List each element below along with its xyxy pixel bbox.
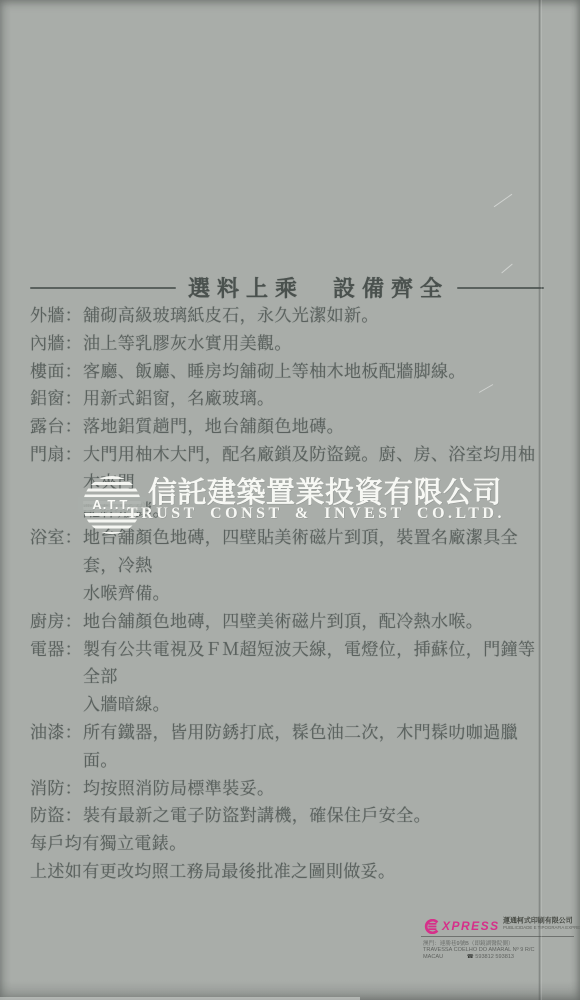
spec-text: 均按照消防局標準裝妥。 [83, 775, 548, 803]
spec-list: 外牆： 舖砌高級玻璃紙皮石，永久光潔如新。 內牆： 油上等乳膠灰水實用美觀。 樓… [30, 302, 548, 886]
spec-row: 內牆： 油上等乳膠灰水實用美觀。 [30, 330, 548, 358]
printer-city: MACAU [423, 953, 443, 959]
spec-row: 每戶均有獨立電錶。 [30, 830, 548, 858]
spec-label: 內牆： [30, 330, 83, 358]
company-watermark: A.T.T. 信託建築置業投資有限公司 TRUST CONST & INVEST… [78, 470, 518, 536]
spec-text: 製有公共電視及ＦＭ超短波天線，電燈位，挿蘇位，門鐘等全部 入牆暗線。 [83, 636, 548, 719]
express-logo-text: XPRESS [442, 919, 500, 933]
spec-row: 浴室： 地台舖顏色地磚，四壁貼美術磁片到頂，裝置名廠潔具全套，冷熱 水喉齊備。 [30, 524, 548, 607]
spec-text: 落地鋁質趟門，地台舖顏色地磚。 [83, 413, 548, 441]
printer-address-pt: TRAVESSA COELHO DO AMARAL Nº 9 R/C [423, 946, 535, 952]
spec-label: 露台： [30, 413, 83, 441]
spec-label: 防盜： [30, 802, 83, 830]
title-rule-left [30, 287, 176, 289]
spec-label: 浴室： [30, 524, 83, 607]
spec-text: 用新式鋁窗，名廠玻璃。 [83, 385, 548, 413]
spec-row: 廚房： 地台舖顏色地磚，四壁美術磁片到頂，配冷熱水喉。 [30, 608, 548, 636]
spec-text: 地台舖顏色地磚，四壁美術磁片到頂，配冷熱水喉。 [83, 608, 548, 636]
spec-label: 廚房： [30, 608, 83, 636]
spec-row: 外牆： 舖砌高級玻璃紙皮石，永久光潔如新。 [30, 302, 548, 330]
spec-text: 舖砌高級玻璃紙皮石，永久光潔如新。 [83, 302, 548, 330]
printer-phones: 593812 593813 [475, 953, 514, 959]
spec-text: 油上等乳膠灰水實用美觀。 [83, 330, 548, 358]
spec-row: 防盜： 裝有最新之電子防盜對講機，確保住戶安全。 [30, 802, 548, 830]
paper-crease [538, 0, 542, 1000]
spec-row: 電器： 製有公共電視及ＦＭ超短波天線，電燈位，挿蘇位，門鐘等全部 入牆暗線。 [30, 636, 548, 719]
printer-city-row: MACAU☎ 593812 593813 [423, 953, 514, 960]
spec-text: 客廳、飯廳、睡房均舖砌上等柚木地板配牆脚線。 [83, 358, 548, 386]
spec-label: 樓面： [30, 358, 83, 386]
spec-text: 地台舖顏色地磚，四壁貼美術磁片到頂，裝置名廠潔具全套，冷熱 水喉齊備。 [83, 524, 548, 607]
spec-label: 油漆： [30, 719, 83, 775]
phone-icon: ☎ [467, 953, 474, 959]
spec-label: 外牆： [30, 302, 83, 330]
spec-label: 消防： [30, 775, 83, 803]
spec-text: 上述如有更改均照工務局最後批准之圖則做妥。 [30, 858, 548, 886]
spec-row: 樓面： 客廳、飯廳、睡房均舖砌上等柚木地板配牆脚線。 [30, 358, 548, 386]
printer-divider [421, 936, 574, 937]
company-name-en: TRUST CONST & INVEST CO.LTD. [127, 505, 505, 523]
spec-row: 消防： 均按照消防局標準裝妥。 [30, 775, 548, 803]
spec-label: 電器： [30, 636, 83, 719]
spec-row: 上述如有更改均照工務局最後批准之圖則做妥。 [30, 858, 548, 886]
section-title-row: 選料上乘 設備齊全 [30, 272, 544, 303]
att-logo-text: A.T.T. [92, 497, 131, 512]
spec-row: 油漆： 所有鐵器，皆用防銹打底，髹色油二次，木門髹叻咖過臘面。 [30, 719, 548, 775]
spec-label: 門扇： [30, 441, 83, 524]
spec-text: 所有鐵器，皆用防銹打底，髹色油二次，木門髹叻咖過臘面。 [83, 719, 548, 775]
spec-row: 鋁窗： 用新式鋁窗，名廠玻璃。 [30, 385, 548, 413]
page-title: 選料上乘 設備齊全 [188, 272, 449, 303]
printer-imprint: XPRESS 運通柯式印刷有限公司 PUBLICIDADE E TIPOGRAF… [421, 915, 576, 967]
paper-scratch [494, 194, 513, 207]
title-rule-right [457, 287, 544, 289]
spec-row: 露台： 落地鋁質趟門，地台舖顏色地磚。 [30, 413, 548, 441]
spec-text: 裝有最新之電子防盜對講機，確保住戶安全。 [83, 802, 548, 830]
spec-label: 鋁窗： [30, 385, 83, 413]
brochure-page: 選料上乘 設備齊全 外牆： 舖砌高級玻璃紙皮石，永久光潔如新。 內牆： 油上等乳… [0, 0, 580, 1000]
spec-text: 每戶均有獨立電錶。 [30, 830, 548, 858]
